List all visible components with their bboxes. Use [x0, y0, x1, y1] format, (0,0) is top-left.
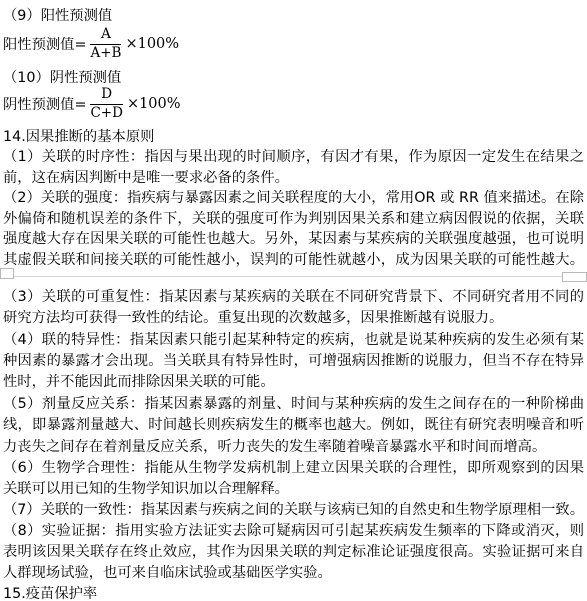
body-line: 关联可以用已知的生物学知识加以合理解释。 [3, 479, 584, 500]
fraction-denominator: C+D [90, 105, 122, 122]
fraction-numerator: D [90, 87, 122, 105]
body-line: （3）关联的可重复性：指某因素与某疾病的关联在不同研究背景下、不同研究者用不同的 [3, 287, 584, 308]
body-line: 表明该因果关联存在终止效应，其作为因果关联的判定标准论证强度很高。实验证据可来自 [3, 542, 584, 563]
fraction-denominator: A+B [90, 45, 121, 62]
body-line: （5）剂量反应关系：指某因素暴露的剂量、时间与某种疾病的发生之间存在的一种阶梯曲 [3, 394, 584, 415]
document-page: （9）阳性预测值 阳性预测值= A A+B ×100% （10）阴性预测值 阴性… [0, 0, 587, 601]
section-15-heading: 15.疫苗保护率 [3, 584, 584, 601]
heading-item-9: （9）阳性预测值 [3, 6, 584, 27]
formula-lhs: 阴性预测值= [3, 94, 86, 114]
fraction: A A+B [90, 27, 121, 61]
body-line: 前，这在病因判断中是唯一要求必备的条件。 [3, 168, 584, 189]
formula-lhs: 阳性预测值= [3, 34, 86, 54]
page-break-line [13, 276, 564, 277]
body-line: 其虚假关联和间接关联的可能性越小，误判的可能性就越小，成为因果关联的可能性越大。 [3, 250, 584, 271]
formula-negative-predictive-value: 阴性预测值= D C+D ×100% [3, 86, 181, 122]
body-line: 种因素的暴露才会出现。当关联具有特异性时，可增强病因推断的说服力，但当不存在特异 [3, 351, 584, 372]
body-line: （7）关联的一致性：指某因素与疾病之间的关联与该病已知的自然史和生物学原理相一致… [3, 500, 584, 521]
body-line: 强度越大存在因果关联的可能性也越大。另外，某因素与某疾病的关联强度越强，也可说明 [3, 229, 584, 250]
page-break-marker-right [562, 272, 587, 282]
body-line: 性时，并不能因此而排除因果关联的可能。 [3, 372, 584, 393]
body-line: 研究方法均可获得一致性的结论。重复出现的次数越多，因果推断越有说服力。 [3, 308, 584, 329]
page-break-marker-left [0, 268, 14, 279]
body-line: 人群现场试验，也可来自临床试验或基础医学实验。 [3, 563, 584, 584]
fraction-numerator: A [90, 27, 121, 45]
body-line: （1）关联的时序性：指因与果出现的时间顺序，有因才有果，作为原因一定发生在结果之 [3, 147, 584, 168]
formula-suffix: ×100% [127, 96, 181, 112]
section-14-heading: 14.因果推断的基本原则 [3, 127, 584, 148]
body-line: 外偏倚和随机误差的条件下，关联的强度可作为判别因果关系和建立病因假说的依据，关联 [3, 209, 584, 230]
body-line: （8）实验证据：指用实验方法证实去除可疑病因可引起某疾病发生频率的下降或消灭，则 [3, 521, 584, 542]
body-line: 线，即暴露剂量越大、时间越长则疾病发生的概率也越大。例如，既往有研究表明噪音和听 [3, 415, 584, 436]
body-line: （6）生物学合理性：指能从生物学发病机制上建立因果关联的合理性，即所观察到的因果 [3, 458, 584, 479]
body-line: （2）关联的强度：指疾病与暴露因素之间关联程度的大小，常用OR 或 RR 值来描… [3, 188, 584, 209]
formula-suffix: ×100% [125, 36, 179, 52]
fraction: D C+D [90, 87, 122, 121]
body-line: 力丧失之间存在着剂量反应关系，听力丧失的发生率随着噪音暴露水平和时间而增高。 [3, 437, 584, 458]
formula-positive-predictive-value: 阳性预测值= A A+B ×100% [3, 26, 179, 62]
body-line: （4）联的特异性：指某因素只能引起某种特定的疾病，也就是说某种疾病的发生必须有某 [3, 330, 584, 351]
